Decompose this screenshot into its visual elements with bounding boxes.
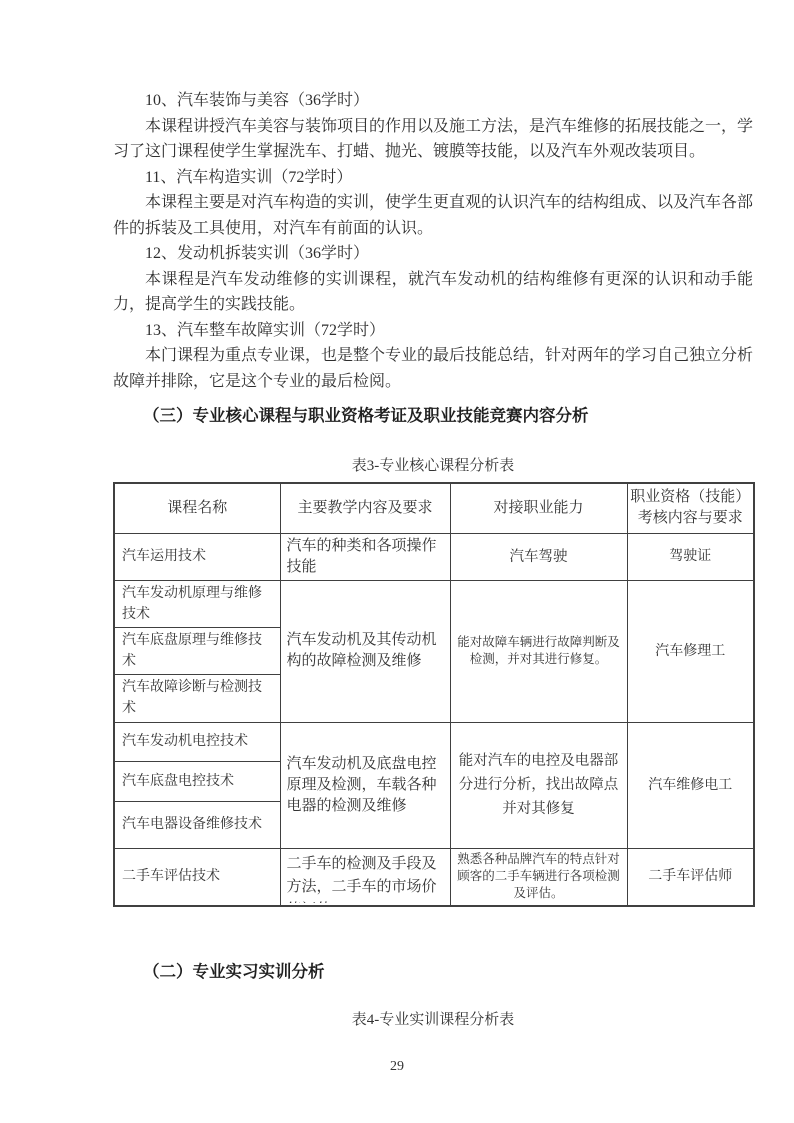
- cell-content: 汽车的种类和各项操作技能: [280, 533, 450, 580]
- core-course-analysis-table: 课程名称 主要教学内容及要求 对接职业能力 职业资格（技能） 考核内容与要求 汽…: [113, 482, 755, 907]
- cell-course: 汽车底盘电控技术: [114, 761, 280, 801]
- page-content: 10、汽车装饰与美容（36学时） 本课程讲授汽车美容与装饰项目的作用以及施工方法…: [0, 0, 794, 1031]
- cell-cert: 汽车维修电工: [627, 722, 754, 848]
- cell-course: 汽车故障诊断与检测技术: [114, 674, 280, 722]
- table-row: 汽车发动机电控技术 汽车发动机及底盘电控原理及检测，车载各种电器的检测及维修 能…: [114, 722, 754, 761]
- header-course-name: 课程名称: [114, 483, 280, 533]
- cell-cert: 二手车评估师: [627, 848, 754, 906]
- document-page: 10、汽车装饰与美容（36学时） 本课程讲授汽车美容与装饰项目的作用以及施工方法…: [0, 0, 794, 1123]
- cell-content: 汽车发动机及其传动机构的故障检测及维修: [280, 580, 450, 722]
- course-item-13: 13、汽车整车故障实训（72学时）: [113, 318, 753, 344]
- table4-caption: 表4-专业实训课程分析表: [113, 1009, 753, 1031]
- cell-course: 汽车电器设备维修技术: [114, 801, 280, 848]
- course-desc-13: 本门课程为重点专业课，也是整个专业的最后技能总结，针对两年的学习自己独立分析故障…: [113, 343, 753, 394]
- course-desc-10: 本课程讲授汽车美容与装饰项目的作用以及施工方法，是汽车维修的拓展技能之一，学习了…: [113, 114, 753, 165]
- cell-course: 汽车发动机原理与维修技术: [114, 580, 280, 627]
- page-number: 29: [0, 1059, 794, 1075]
- cell-cert: 驾驶证: [627, 533, 754, 580]
- cell-course: 汽车运用技术: [114, 533, 280, 580]
- course-item-12: 12、发动机拆装实训（36学时）: [113, 241, 753, 267]
- course-item-11: 11、汽车构造实训（72学时）: [113, 165, 753, 191]
- table-header-row: 课程名称 主要教学内容及要求 对接职业能力 职业资格（技能） 考核内容与要求: [114, 483, 754, 533]
- section-heading-core-courses: （三）专业核心课程与职业资格考证及职业技能竞赛内容分析: [113, 403, 753, 429]
- table-row: 汽车发动机原理与维修技术 汽车发动机及其传动机构的故障检测及维修 能对故障车辆进…: [114, 580, 754, 627]
- cell-course: 二手车评估技术: [114, 848, 280, 906]
- header-teaching-content: 主要教学内容及要求: [280, 483, 450, 533]
- cell-ability: 能对故障车辆进行故障判断及检测，并对其进行修复。: [450, 580, 627, 722]
- table-row: 二手车评估技术 二手车的检测及手段及方法，二手车的市场价值评估 熟悉各种品牌汽车…: [114, 848, 754, 906]
- header-qualification: 职业资格（技能） 考核内容与要求: [627, 483, 754, 533]
- cell-course: 汽车发动机电控技术: [114, 722, 280, 761]
- table3-caption: 表3-专业核心课程分析表: [113, 455, 753, 477]
- table-row: 汽车运用技术 汽车的种类和各项操作技能 汽车驾驶 驾驶证: [114, 533, 754, 580]
- section-heading-practice-training: （二）专业实习实训分析: [113, 959, 753, 985]
- cell-content: 二手车的检测及手段及方法，二手车的市场价值评估: [280, 848, 450, 906]
- cell-ability: 熟悉各种品牌汽车的特点针对顾客的二手车辆进行各项检测及评估。: [450, 848, 627, 906]
- cell-cert: 汽车修理工: [627, 580, 754, 722]
- course-item-10: 10、汽车装饰与美容（36学时）: [113, 88, 753, 114]
- cell-content: 汽车发动机及底盘电控原理及检测，车载各种电器的检测及维修: [280, 722, 450, 848]
- clipped-text: 二手车的检测及手段及方法，二手车的市场价值评估: [287, 853, 444, 903]
- cell-ability: 能对汽车的电控及电器部分进行分析，找出故障点并对其修复: [450, 722, 627, 848]
- header-vocational-ability: 对接职业能力: [450, 483, 627, 533]
- cell-course: 汽车底盘原理与维修技术: [114, 627, 280, 674]
- cell-ability: 汽车驾驶: [450, 533, 627, 580]
- course-desc-12: 本课程是汽车发动维修的实训课程，就汽车发动机的结构维修有更深的认识和动手能力，提…: [113, 267, 753, 318]
- course-desc-11: 本课程主要是对汽车构造的实训，使学生更直观的认识汽车的结构组成、以及汽车各部件的…: [113, 190, 753, 241]
